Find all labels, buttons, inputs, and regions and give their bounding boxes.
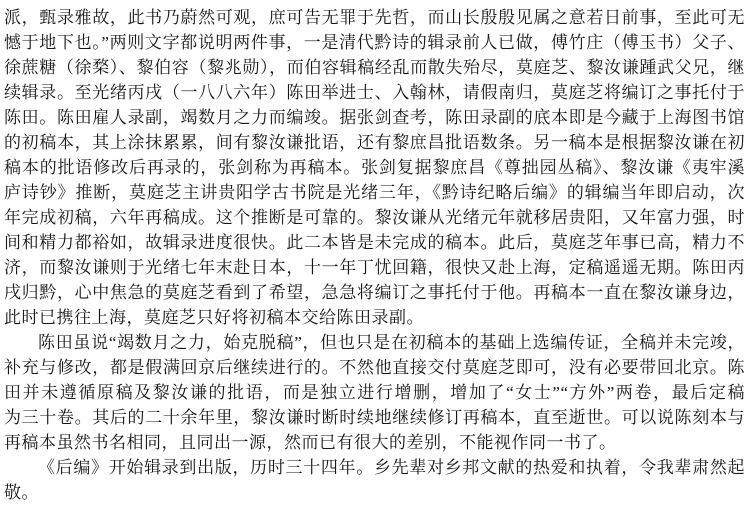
text-line: 庐诗钞》推断，莫庭芝主讲贵阳学古书院是光绪三年，《黔诗纪略后编》的辑编当年即启动… — [4, 180, 745, 205]
text-line: 的初稿本，其上涂抹累累，间有黎汝谦批语，还有黎庶昌批语数条。另一稿本是根据黎汝谦… — [4, 130, 745, 155]
text-line: 陈田。陈田雇人录副，竭数月之力而编竣。据张剑查考，陈田录副的底本即是今藏于上海图… — [4, 105, 745, 130]
text-line: 敬。 — [4, 480, 745, 505]
text-line: 派，甄录雅故，此书乃蔚然可观，庶可告无罪于先哲，而山长殷殷见属之意若日前事，至此… — [4, 5, 745, 30]
text-line: 间和精力都裕如，故辑录进度很快。此二本皆是未完成的稿本。此后，莫庭芝年事已高，精… — [4, 230, 745, 255]
text-line: 为三十卷。其后的二十余年里，黎汝谦时断时续地继续修订再稿本，直至逝世。可以说陈刻… — [4, 405, 745, 430]
text-line: 年完成初稿，六年再稿成。这个推断是可靠的。黎汝谦从光绪元年就移居贵阳，又年富力强… — [4, 205, 745, 230]
page-text: 派，甄录雅故，此书乃蔚然可观，庶可告无罪于先哲，而山长殷殷见属之意若日前事，至此… — [4, 5, 745, 505]
text-line: 戌归黔，心中焦急的莫庭芝看到了希望，急急将编订之事托付于他。再稿本一直在黎汝谦身… — [4, 280, 745, 305]
text-line: 《后编》开始辑录到出版，历时三十四年。乡先辈对乡邦文献的热爱和执着，令我辈肃然起 — [4, 455, 745, 480]
text-line: 济，而黎汝谦则于光绪七年末赴日本，十一年丁忧回籍，很快又赴上海，定稿遥遥无期。陈… — [4, 255, 745, 280]
text-line: 再稿本虽然书名相同，且同出一源，然而已有很大的差别，不能视作同一书了。 — [4, 430, 745, 455]
text-line: 徐蔗糖（徐楘）、黎伯容（黎兆勋），而伯容辑稿经乱而散失殆尽，莫庭芝、黎汝谦踵武父… — [4, 55, 745, 80]
text-line: 续辑录。至光绪丙戌（一八八六年）陈田举进士、入翰林，请假南归，莫庭芝将编订之事托… — [4, 80, 745, 105]
text-line: 陈田虽说“竭数月之力，始克脱稿”，但也只是在初稿本的基础上选编传证，全稿并未完竣… — [4, 330, 745, 355]
text-line: 此时已携往上海，莫庭芝只好将初稿本交给陈田录副。 — [4, 305, 745, 330]
text-line: 田并未遵循原稿及黎汝谦的批语，而是独立进行增删，增加了“女士”“方外”两卷，最后… — [4, 380, 745, 405]
scanned-document-page: 派，甄录雅故，此书乃蔚然可观，庶可告无罪于先哲，而山长殷殷见属之意若日前事，至此… — [0, 0, 750, 527]
text-line: 稿本的批语修改后再录的，张剑称为再稿本。张剑复据黎庶昌《尊拙园丛稿》、黎汝谦《夷… — [4, 155, 745, 180]
text-line: 补充与修改，都是假满回京后继续进行的。不然他直接交付莫庭芝即可，没有必要带回北京… — [4, 355, 745, 380]
text-line: 憾于地下也。”两则文字都说明两件事，一是清代黔诗的辑录前人已做，傅竹庄（傅玉书）… — [4, 30, 745, 55]
